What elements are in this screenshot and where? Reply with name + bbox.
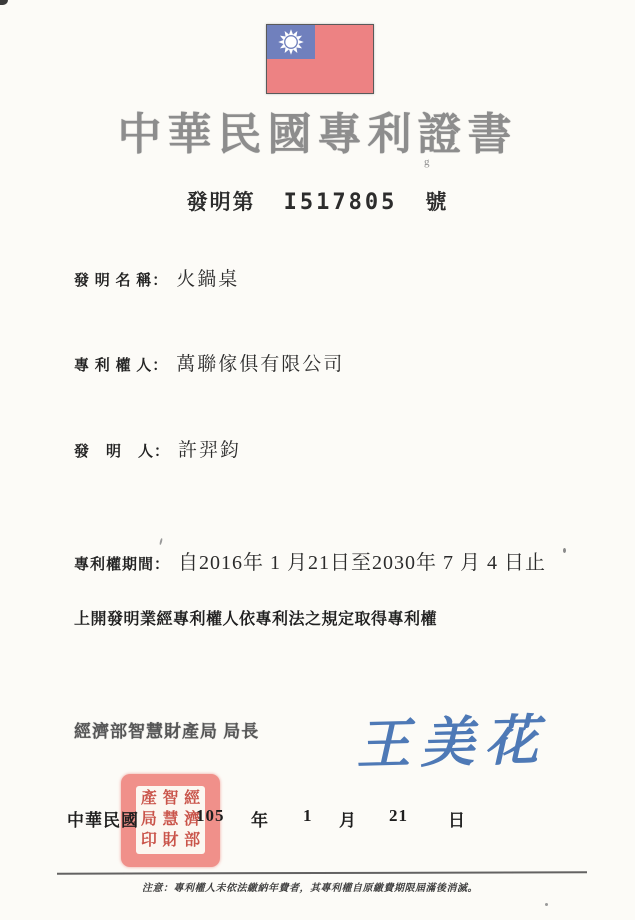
field-value: 火鍋桌 [176, 264, 239, 291]
field-value: 許羿鈞 [178, 435, 241, 462]
seal-glyph: 產 [141, 791, 157, 807]
field-label: 專利權期間： [74, 553, 170, 574]
patent-number: I517805 [284, 190, 398, 215]
patent-no-suffix: 號 [425, 186, 448, 216]
grant-statement: 上開發明業經專利權人依專利法之規定取得專利權 [74, 606, 437, 629]
seal-glyph: 經 [184, 791, 200, 807]
field-patentee: 專 利 權 人： 萬聯傢俱有限公司 [74, 349, 344, 376]
seal-glyph: 智 [162, 791, 178, 807]
scan-speck [0, 0, 8, 5]
footer-divider [57, 871, 587, 874]
field-patent-term: 專利權期間： 自2016年 1 月21日至2030年 7 月 4 日止 [74, 546, 546, 575]
flag-canton [267, 25, 315, 59]
seal-glyph: 慧 [162, 812, 178, 828]
taiwan-flag [266, 24, 374, 94]
date-era: 中華民國 [67, 806, 139, 831]
date-day-unit: 日 [448, 806, 466, 831]
date-year: 105 [196, 806, 225, 826]
scan-speck [563, 548, 566, 553]
seal-glyph: 局 [141, 812, 157, 828]
scan-mark: g [424, 156, 430, 168]
seal-glyph: 印 [141, 833, 157, 849]
footnote-notice: 注意：專利權人未依法繳納年費者，其專利權自原繳費期限屆滿後消滅。 [40, 879, 580, 894]
director-signature: 王美花 [355, 698, 549, 780]
seal-inner: 經 濟 部 智 慧 財 產 局 印 [136, 786, 205, 854]
patent-certificate-page: 中華民國專利證書 g 發明第 I517805 號 發 明 名 稱： 火鍋桌 專 … [0, 0, 635, 920]
seal-glyph: 部 [184, 833, 200, 849]
field-value: 萬聯傢俱有限公司 [176, 349, 344, 376]
date-year-unit: 年 [251, 806, 269, 831]
field-value: 自2016年 1 月21日至2030年 7 月 4 日止 [178, 546, 546, 575]
field-label: 專 利 權 人： [74, 354, 168, 375]
patent-number-line: 發明第 I517805 號 [0, 186, 635, 216]
field-label: 發 明 名 稱： [74, 269, 168, 290]
field-invention-name: 發 明 名 稱： 火鍋桌 [74, 264, 239, 291]
seal-glyph: 財 [162, 833, 178, 849]
field-inventor: 發 明 人： 許羿鈞 [74, 435, 241, 462]
sun-icon [274, 27, 308, 57]
seal-column: 產 局 印 [141, 788, 157, 852]
issuer-title: 經濟部智慧財產局 局長 [74, 717, 259, 742]
date-month-unit: 月 [339, 806, 357, 831]
scan-speck [159, 538, 163, 545]
date-day: 21 [389, 806, 408, 826]
date-month: 1 [303, 806, 313, 826]
patent-no-prefix: 發明第 [187, 186, 256, 216]
certificate-title: 中華民國專利證書 [0, 98, 635, 162]
field-label: 發 明 人： [74, 440, 170, 461]
seal-column: 智 慧 財 [162, 788, 178, 852]
scan-speck [545, 903, 548, 906]
